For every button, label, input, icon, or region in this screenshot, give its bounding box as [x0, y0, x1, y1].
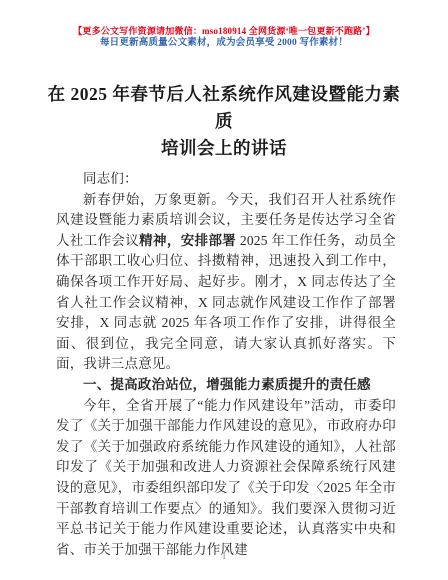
paragraph-1-bold-run: 精神，安排部署	[139, 233, 236, 248]
paragraph-1-post: 2025 年工作任务，动员全体干部职工收心归位、抖擞精神，迅速投入到工作中，确保…	[56, 233, 396, 372]
document-title: 在 2025 年春节后人社系统作风建设暨能力素质 培训会上的讲话	[44, 81, 404, 162]
document-title-line-1: 在 2025 年春节后人社系统作风建设暨能力素质	[44, 81, 404, 135]
paragraph-1: 新春伊始，万象更新。今天，我们召开人社系统作风建设暨能力素质培训会议，主要任务是…	[56, 190, 396, 375]
document-title-line-2: 培训会上的讲话	[44, 135, 404, 162]
page-number: 1	[0, 551, 448, 562]
paragraph-2: 今年，全省开展了“能力作风建设年”活动，市委印发了《关于加强干部能力作风建设的意…	[56, 396, 396, 561]
section-heading-1: 一、提高政治站位，增强能力素质提升的责任感	[56, 375, 396, 396]
promo-line-red: 【更多公文写作资源请加微信：mso180914 全网货源‘唯一包更新不跑路’】	[0, 25, 448, 37]
promo-header: 【更多公文写作资源请加微信：mso180914 全网货源‘唯一包更新不跑路’】 …	[0, 0, 448, 50]
document-page: 【更多公文写作资源请加微信：mso180914 全网货源‘唯一包更新不跑路’】 …	[0, 0, 448, 580]
document-body: 同志们： 新春伊始，万象更新。今天，我们召开人社系统作风建设暨能力素质培训会议，…	[56, 169, 396, 560]
salutation: 同志们：	[56, 169, 396, 190]
promo-line-blue: 每日更新高质量公文素材，成为会员享受 2000 写作素材！	[0, 37, 448, 50]
